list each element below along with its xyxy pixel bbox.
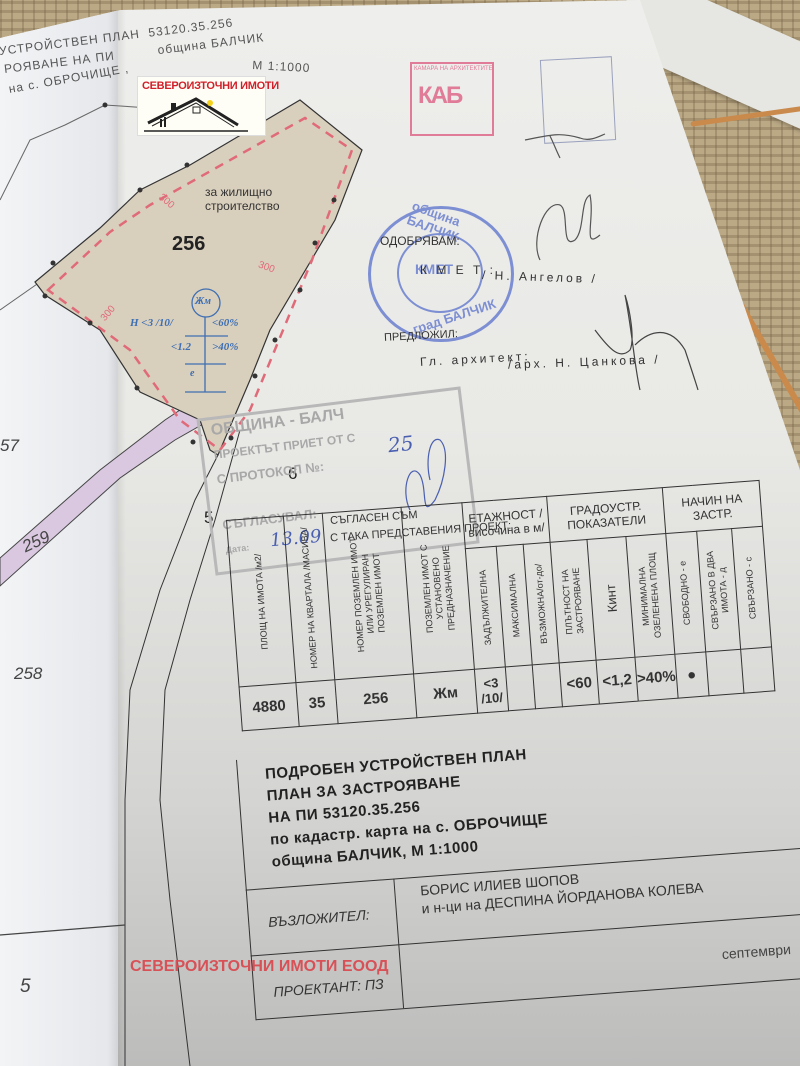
house-roof-icon — [138, 93, 263, 133]
neighbor-label: 57 — [0, 436, 19, 456]
parcel-number: 256 — [172, 233, 205, 256]
neighbor-label: 5 — [20, 976, 31, 998]
approve-label: ОДОБРЯВАМ: — [380, 234, 460, 248]
indicator-mode: е — [190, 368, 194, 379]
signature — [520, 120, 610, 160]
architects-chamber-stamp: КАМАРА НА АРХИТЕКТИТЕ КАБ — [410, 62, 494, 136]
plan-sheet: УСТРОЙСТВЕН ПЛАН 53120.35.256 РОЯВАНЕ НА… — [0, 0, 800, 1066]
indicator-height: H <3 /10/ — [130, 317, 173, 329]
company-watermark: СЕВЕРОИЗТОЧНИ ИМОТИ ЕООД — [130, 958, 389, 976]
parcel-purpose: за жилищностроителство — [205, 185, 280, 213]
zone-code: Жм — [195, 296, 211, 307]
architect-signature — [590, 290, 700, 400]
indicator-green: >40% — [212, 341, 238, 353]
title-block: ПОДРОБЕН УСТРОЙСТВЕН ПЛАН ПЛАН ЗА ЗАСТРО… — [236, 717, 800, 1059]
indicators-table: ПЛОЩ НА ИМОТА /м2/ НОМЕР НА КВАРТАЛА /МА… — [226, 475, 800, 731]
neighbor-label: 258 — [14, 664, 42, 684]
header-scale: М 1:1000 — [252, 58, 311, 75]
indicator-kint: <1.2 — [171, 341, 191, 353]
company-logo: СЕВЕРОИЗТОЧНИ ИМОТИ — [137, 76, 266, 136]
mayor-signature — [520, 190, 620, 270]
parcel-256 — [35, 100, 362, 455]
indicator-density: <60% — [212, 317, 238, 329]
logo-title: СЕВЕРОИЗТОЧНИ ИМОТИ — [142, 80, 279, 92]
